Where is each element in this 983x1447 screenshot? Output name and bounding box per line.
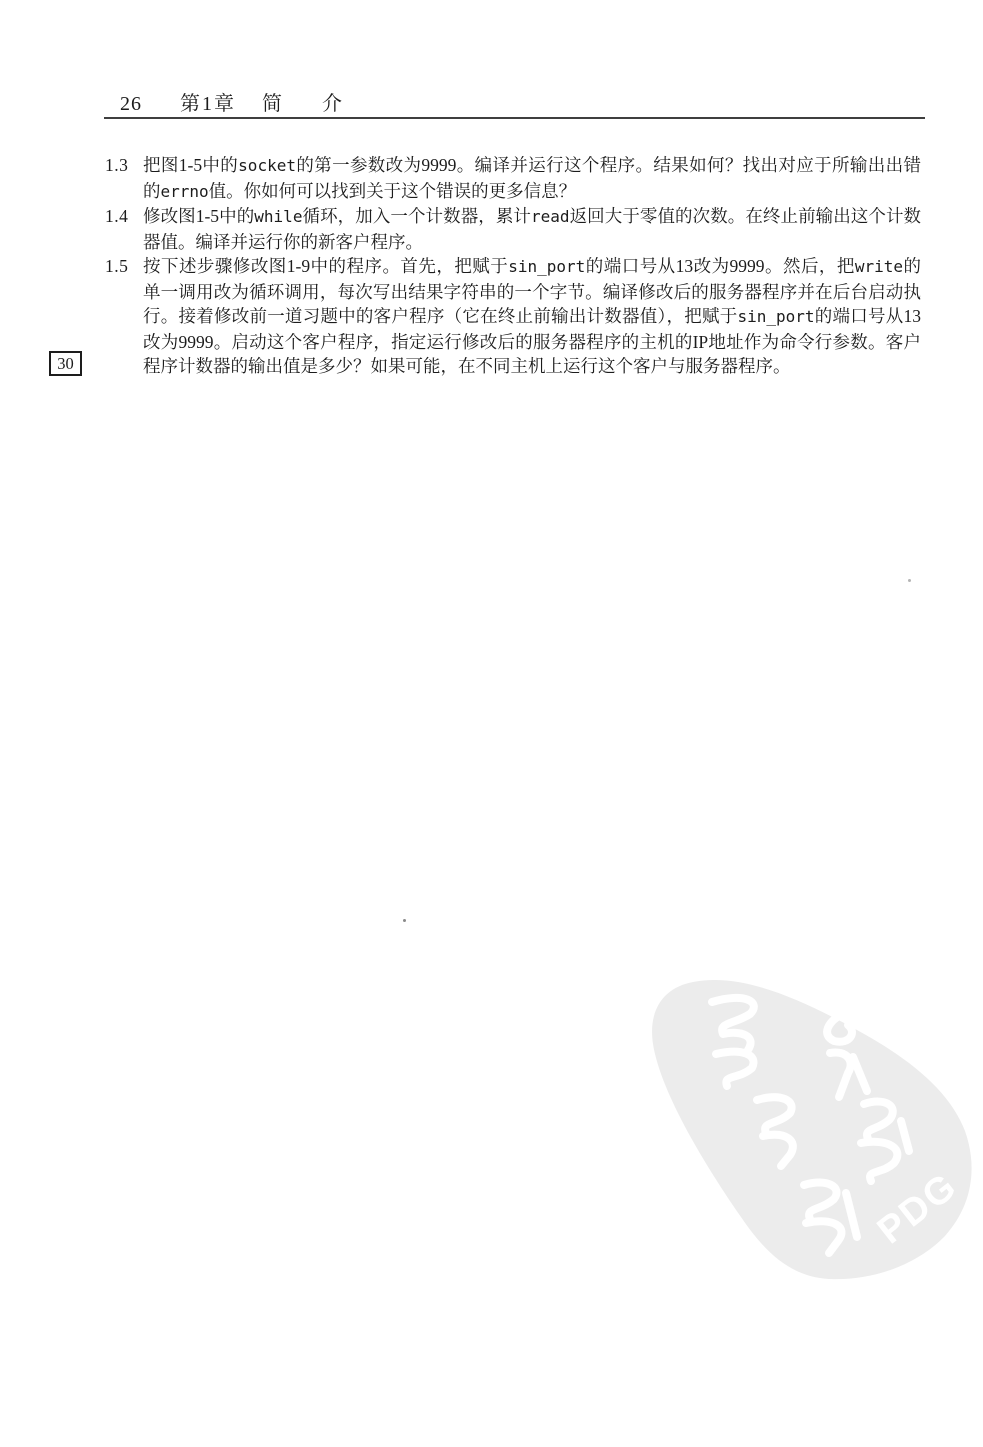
text-run: 的端口号从13改为9999。然后，把 <box>585 256 855 276</box>
scan-speck <box>403 919 406 922</box>
header-rule <box>104 117 925 119</box>
text-run: 值。你如何可以找到关于这个错误的更多信息？ <box>209 181 577 201</box>
book-page: 26 第1章 简 介 1.3 把图1-5中的socket的第一参数改为9999。… <box>0 0 983 1447</box>
exercise-list: 1.3 把图1-5中的socket的第一参数改为9999。编译并运行这个程序。结… <box>105 153 921 379</box>
code-run: read <box>531 207 570 226</box>
exercise-item-1-5: 1.5 按下述步骤修改图1-9中的程序。首先，把赋于sin_port的端口号从1… <box>105 254 921 379</box>
page-number: 26 <box>120 92 142 116</box>
exercise-number: 1.4 <box>105 204 143 229</box>
seal-glyph-strokes <box>712 998 909 1253</box>
exercise-text: 按下述步骤修改图1-9中的程序。首先，把赋于sin_port的端口号从13改为9… <box>143 254 921 379</box>
page-break-marker-label: 30 <box>57 354 74 374</box>
exercise-number: 1.3 <box>105 153 143 178</box>
pdg-watermark-label: PDG <box>870 1165 965 1252</box>
code-run: while <box>254 207 302 226</box>
page-header: 26 第1章 简 介 <box>104 92 924 116</box>
chapter-title: 简 介 <box>262 92 342 116</box>
exercise-item-1-4: 1.4 修改图1-5中的while循环，加入一个计数器，累计read返回大于零值… <box>105 204 921 254</box>
exercise-item-1-3: 1.3 把图1-5中的socket的第一参数改为9999。编译并运行这个程序。结… <box>105 153 921 204</box>
text-run: 修改图1-5中的 <box>143 206 254 226</box>
code-run: sin_port <box>737 307 814 326</box>
exercise-text: 修改图1-5中的while循环，加入一个计数器，累计read返回大于零值的次数。… <box>143 204 921 254</box>
exercise-number: 1.5 <box>105 254 143 279</box>
text-run: 按下述步骤修改图1-9中的程序。首先，把赋于 <box>143 256 508 276</box>
page-break-marker: 30 <box>49 351 82 376</box>
text-run: 循环，加入一个计数器，累计 <box>302 206 531 226</box>
seal-watermark-shape <box>652 980 972 1279</box>
exercise-text: 把图1-5中的socket的第一参数改为9999。编译并运行这个程序。结果如何？… <box>143 153 921 204</box>
code-run: socket <box>238 156 296 175</box>
chapter-label: 第1章 <box>180 92 236 116</box>
code-run: write <box>855 257 903 276</box>
scan-speck <box>908 579 911 582</box>
text-run: 把图1-5中的 <box>143 155 238 175</box>
code-run: errno <box>161 182 209 201</box>
code-run: sin_port <box>508 257 585 276</box>
